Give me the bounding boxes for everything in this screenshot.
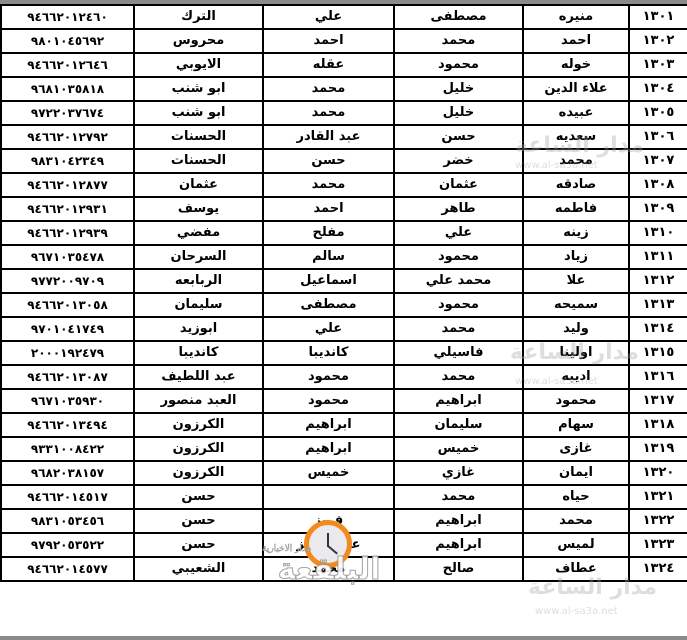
cell-father-name: محمد: [394, 29, 523, 53]
cell-father-name: عثمان: [394, 173, 523, 197]
table-row: ١٣٠٢احمدمحمداحمدمحروس٩٨٠١٠٤٥٦٩٢: [1, 29, 687, 53]
table-row: ١٣٠٣خولهمحمودعقلهالايوبي٩٤٦٦٢٠١٢٦٤٦: [1, 53, 687, 77]
cell-grandfather-name: محمد: [263, 77, 394, 101]
cell-index: ١٣٠٤: [629, 77, 687, 101]
cell-national-id: ٩٤٦٦٢٠١٢٩٣٩: [1, 221, 134, 245]
table-row: ١٣٢٣لميسابراهيمعبد العزيزحسن٩٧٩٢٠٥٣٥٢٢: [1, 533, 687, 557]
cell-father-name: مصطفى: [394, 5, 523, 29]
cell-father-name: طاهر: [394, 197, 523, 221]
cell-family-name: مفضي: [134, 221, 263, 245]
table-row: ١٣٢٢محمدابراهيمفريزحسن٩٨٣١٠٥٣٤٥٦: [1, 509, 687, 533]
table-row: ١٣١٠زينهعليمفلحمفضي٩٤٦٦٢٠١٢٩٣٩: [1, 221, 687, 245]
cell-family-name: سليمان: [134, 293, 263, 317]
cell-grandfather-name: حسن: [263, 149, 394, 173]
cell-family-name: الحسنات: [134, 149, 263, 173]
cell-national-id: ٩٧٩٢٠٥٣٥٢٢: [1, 533, 134, 557]
cell-national-id: ٩٤٦٦٢٠١٣٤٩٤: [1, 413, 134, 437]
cell-national-id: ٩٨٣١٠٤٢٣٤٩: [1, 149, 134, 173]
cell-index: ١٣٢٠: [629, 461, 687, 485]
cell-first-name: منيره: [523, 5, 629, 29]
cell-grandfather-name: ابراهيم: [263, 413, 394, 437]
cell-family-name: الحسنات: [134, 125, 263, 149]
cell-index: ١٣٠٥: [629, 101, 687, 125]
cell-first-name: زياد: [523, 245, 629, 269]
cell-family-name: الايوبي: [134, 53, 263, 77]
cell-index: ١٣١٥: [629, 341, 687, 365]
cell-grandfather-name: علي: [263, 317, 394, 341]
table-row: ١٣١١زيادمحمودسالمالسرحان٩٦٧١٠٣٥٤٧٨: [1, 245, 687, 269]
cell-index: ١٣٠٧: [629, 149, 687, 173]
table-row: ١٣٢٠ايمانغازيخميسالكرزون٩٦٨٢٠٣٨١٥٧: [1, 461, 687, 485]
table-row: ١٣٢١حياهمحمدحسن٩٤٦٦٢٠١٤٥١٧: [1, 485, 687, 509]
cell-national-id: ٩٦٧١٠٣٥٩٣٠: [1, 389, 134, 413]
name-list-sheet: ١٣٠١منيرهمصطفىعليالترك٩٤٦٦٢٠١٢٤٦٠١٣٠٢احم…: [0, 4, 687, 582]
cell-first-name: محمد: [523, 149, 629, 173]
cell-family-name: عبد اللطيف: [134, 365, 263, 389]
cell-first-name: عطاف: [523, 557, 629, 581]
cell-family-name: ابو شنب: [134, 101, 263, 125]
cell-grandfather-name: عقله: [263, 53, 394, 77]
cell-first-name: لميس: [523, 533, 629, 557]
cell-index: ١٣٢١: [629, 485, 687, 509]
cell-first-name: اولينا: [523, 341, 629, 365]
cell-father-name: خميس: [394, 437, 523, 461]
cell-father-name: خضر: [394, 149, 523, 173]
cell-index: ١٣٠٩: [629, 197, 687, 221]
cell-family-name: ابوزيد: [134, 317, 263, 341]
table-row: ١٣٠٦سعديهحسنعبد القادرالحسنات٩٤٦٦٢٠١٢٧٩٢: [1, 125, 687, 149]
cell-grandfather-name: سالم: [263, 245, 394, 269]
cell-national-id: ٩٤٦٦٢٠١٢٧٩٢: [1, 125, 134, 149]
names-table: ١٣٠١منيرهمصطفىعليالترك٩٤٦٦٢٠١٢٤٦٠١٣٠٢احم…: [0, 4, 687, 582]
table-row: ١٣١٩غازىخميسابراهيمالكرزون٩٣٣١٠٠٨٤٢٢: [1, 437, 687, 461]
cell-index: ١٣١٩: [629, 437, 687, 461]
cell-father-name: فاسيلي: [394, 341, 523, 365]
cell-grandfather-name: احمد: [263, 29, 394, 53]
table-row: ١٣١٦اديبهمحمدمحمودعبد اللطيف٩٤٦٦٢٠١٣٠٨٧: [1, 365, 687, 389]
cell-national-id: ٩٤٦٦٢٠١٢٤٦٠: [1, 5, 134, 29]
table-row: ١٣١٧محمودابراهيممحمودالعبد منصور٩٦٧١٠٣٥٩…: [1, 389, 687, 413]
table-row: ١٣١٨سهامسليمانابراهيمالكرزون٩٤٦٦٢٠١٣٤٩٤: [1, 413, 687, 437]
table-row: ١٣٠٥عبيدهخليلمحمدابو شنب٩٧٢٢٠٣٧٦٧٤: [1, 101, 687, 125]
table-row: ١٣٢٤عطافصالحمحمدالشعيبي٩٤٦٦٢٠١٤٥٧٧: [1, 557, 687, 581]
cell-index: ١٣٢٤: [629, 557, 687, 581]
cell-grandfather-name: عبد العزيز: [263, 533, 394, 557]
cell-first-name: غازى: [523, 437, 629, 461]
cell-father-name: محمود: [394, 293, 523, 317]
cell-index: ١٣٠٦: [629, 125, 687, 149]
bottom-border: [0, 636, 687, 640]
cell-family-name: يوسف: [134, 197, 263, 221]
cell-national-id: ٩٤٦٦٢٠١٣٠٨٧: [1, 365, 134, 389]
watermark-faint-url-3: www.al-sa3a.net: [535, 606, 618, 617]
cell-family-name: حسن: [134, 533, 263, 557]
cell-grandfather-name: محمود: [263, 389, 394, 413]
cell-index: ١٣٠٣: [629, 53, 687, 77]
cell-grandfather-name: محمد: [263, 101, 394, 125]
cell-national-id: ٩٤٦٦٢٠١٤٥١٧: [1, 485, 134, 509]
cell-father-name: ابراهيم: [394, 509, 523, 533]
cell-first-name: زينه: [523, 221, 629, 245]
cell-index: ١٣٢٣: [629, 533, 687, 557]
cell-national-id: ٩٨٠١٠٤٥٦٩٢: [1, 29, 134, 53]
cell-father-name: خليل: [394, 77, 523, 101]
cell-grandfather-name: كانديبا: [263, 341, 394, 365]
table-row: ١٣٠٨صادقهعثمانمحمدعثمان٩٤٦٦٢٠١٢٨٧٧: [1, 173, 687, 197]
cell-grandfather-name: محمد: [263, 173, 394, 197]
table-row: ١٣١٥اولينافاسيليكانديباكانديبا٢٠٠٠١٩٢٤٧٩: [1, 341, 687, 365]
cell-family-name: حسن: [134, 485, 263, 509]
cell-national-id: ٩٦٧١٠٣٥٤٧٨: [1, 245, 134, 269]
table-row: ١٣٠١منيرهمصطفىعليالترك٩٤٦٦٢٠١٢٤٦٠: [1, 5, 687, 29]
cell-father-name: محمود: [394, 53, 523, 77]
cell-grandfather-name: مفلح: [263, 221, 394, 245]
cell-first-name: عبيده: [523, 101, 629, 125]
cell-index: ١٣٠١: [629, 5, 687, 29]
cell-father-name: صالح: [394, 557, 523, 581]
cell-father-name: ابراهيم: [394, 533, 523, 557]
cell-family-name: ابو شنب: [134, 77, 263, 101]
cell-family-name: الشعيبي: [134, 557, 263, 581]
cell-national-id: ٩٧٧٢٠٠٩٧٠٩: [1, 269, 134, 293]
cell-national-id: ٩٤٦٦٢٠١٣٠٥٨: [1, 293, 134, 317]
cell-index: ١٣٠٢: [629, 29, 687, 53]
cell-index: ١٣١٤: [629, 317, 687, 341]
cell-first-name: علاء الدين: [523, 77, 629, 101]
cell-national-id: ٩٨٣١٠٥٣٤٥٦: [1, 509, 134, 533]
cell-index: ١٣١٢: [629, 269, 687, 293]
cell-first-name: فاطمه: [523, 197, 629, 221]
cell-national-id: ٩٧٠١٠٤١٧٤٩: [1, 317, 134, 341]
cell-first-name: محمد: [523, 509, 629, 533]
cell-national-id: ٩٣٣١٠٠٨٤٢٢: [1, 437, 134, 461]
cell-father-name: محمد علي: [394, 269, 523, 293]
cell-grandfather-name: [263, 485, 394, 509]
cell-family-name: الترك: [134, 5, 263, 29]
cell-family-name: حسن: [134, 509, 263, 533]
table-row: ١٣١٤وليدمحمدعليابوزيد٩٧٠١٠٤١٧٤٩: [1, 317, 687, 341]
cell-national-id: ٩٤٦٦٢٠١٢٦٤٦: [1, 53, 134, 77]
cell-grandfather-name: مصطفى: [263, 293, 394, 317]
cell-grandfather-name: خميس: [263, 461, 394, 485]
cell-first-name: سعديه: [523, 125, 629, 149]
cell-index: ١٣١٠: [629, 221, 687, 245]
table-row: ١٣٠٩فاطمهطاهراحمديوسف٩٤٦٦٢٠١٢٩٣١: [1, 197, 687, 221]
cell-father-name: محمود: [394, 245, 523, 269]
cell-national-id: ٩٦٨٢٠٣٨١٥٧: [1, 461, 134, 485]
cell-national-id: ٢٠٠٠١٩٢٤٧٩: [1, 341, 134, 365]
cell-family-name: محروس: [134, 29, 263, 53]
cell-grandfather-name: محمود: [263, 365, 394, 389]
cell-first-name: اديبه: [523, 365, 629, 389]
cell-grandfather-name: عبد القادر: [263, 125, 394, 149]
cell-family-name: الكرزون: [134, 461, 263, 485]
cell-first-name: محمود: [523, 389, 629, 413]
cell-father-name: محمد: [394, 365, 523, 389]
cell-first-name: وليد: [523, 317, 629, 341]
table-row: ١٣١٢علامحمد علياسماعيلالربابعه٩٧٧٢٠٠٩٧٠٩: [1, 269, 687, 293]
cell-index: ١٣١٣: [629, 293, 687, 317]
cell-national-id: ٩٦٨١٠٣٥٨١٨: [1, 77, 134, 101]
cell-national-id: ٩٤٦٦٢٠١٢٨٧٧: [1, 173, 134, 197]
table-body: ١٣٠١منيرهمصطفىعليالترك٩٤٦٦٢٠١٢٤٦٠١٣٠٢احم…: [1, 5, 687, 581]
cell-index: ١٣٠٨: [629, 173, 687, 197]
cell-national-id: ٩٧٢٢٠٣٧٦٧٤: [1, 101, 134, 125]
cell-family-name: الكرزون: [134, 413, 263, 437]
cell-family-name: الربابعه: [134, 269, 263, 293]
cell-family-name: العبد منصور: [134, 389, 263, 413]
cell-father-name: حسن: [394, 125, 523, 149]
cell-first-name: حياه: [523, 485, 629, 509]
cell-family-name: السرحان: [134, 245, 263, 269]
cell-father-name: محمد: [394, 317, 523, 341]
cell-index: ١٣١١: [629, 245, 687, 269]
cell-father-name: خليل: [394, 101, 523, 125]
cell-father-name: علي: [394, 221, 523, 245]
cell-first-name: سهام: [523, 413, 629, 437]
cell-father-name: غازي: [394, 461, 523, 485]
cell-index: ١٣١٧: [629, 389, 687, 413]
cell-grandfather-name: فريز: [263, 509, 394, 533]
cell-father-name: سليمان: [394, 413, 523, 437]
cell-first-name: ايمان: [523, 461, 629, 485]
cell-father-name: ابراهيم: [394, 389, 523, 413]
cell-national-id: ٩٤٦٦٢٠١٤٥٧٧: [1, 557, 134, 581]
cell-grandfather-name: علي: [263, 5, 394, 29]
cell-first-name: سميحه: [523, 293, 629, 317]
cell-father-name: محمد: [394, 485, 523, 509]
cell-grandfather-name: ابراهيم: [263, 437, 394, 461]
cell-family-name: عثمان: [134, 173, 263, 197]
cell-family-name: كانديبا: [134, 341, 263, 365]
cell-grandfather-name: اسماعيل: [263, 269, 394, 293]
cell-index: ١٣٢٢: [629, 509, 687, 533]
cell-grandfather-name: محمد: [263, 557, 394, 581]
cell-family-name: الكرزون: [134, 437, 263, 461]
cell-first-name: احمد: [523, 29, 629, 53]
table-row: ١٣٠٧محمدخضرحسنالحسنات٩٨٣١٠٤٢٣٤٩: [1, 149, 687, 173]
cell-first-name: خوله: [523, 53, 629, 77]
cell-first-name: صادقه: [523, 173, 629, 197]
cell-index: ١٣١٨: [629, 413, 687, 437]
cell-grandfather-name: احمد: [263, 197, 394, 221]
cell-national-id: ٩٤٦٦٢٠١٢٩٣١: [1, 197, 134, 221]
table-row: ١٣٠٤علاء الدينخليلمحمدابو شنب٩٦٨١٠٣٥٨١٨: [1, 77, 687, 101]
cell-index: ١٣١٦: [629, 365, 687, 389]
table-row: ١٣١٣سميحهمحمودمصطفىسليمان٩٤٦٦٢٠١٣٠٥٨: [1, 293, 687, 317]
cell-first-name: علا: [523, 269, 629, 293]
